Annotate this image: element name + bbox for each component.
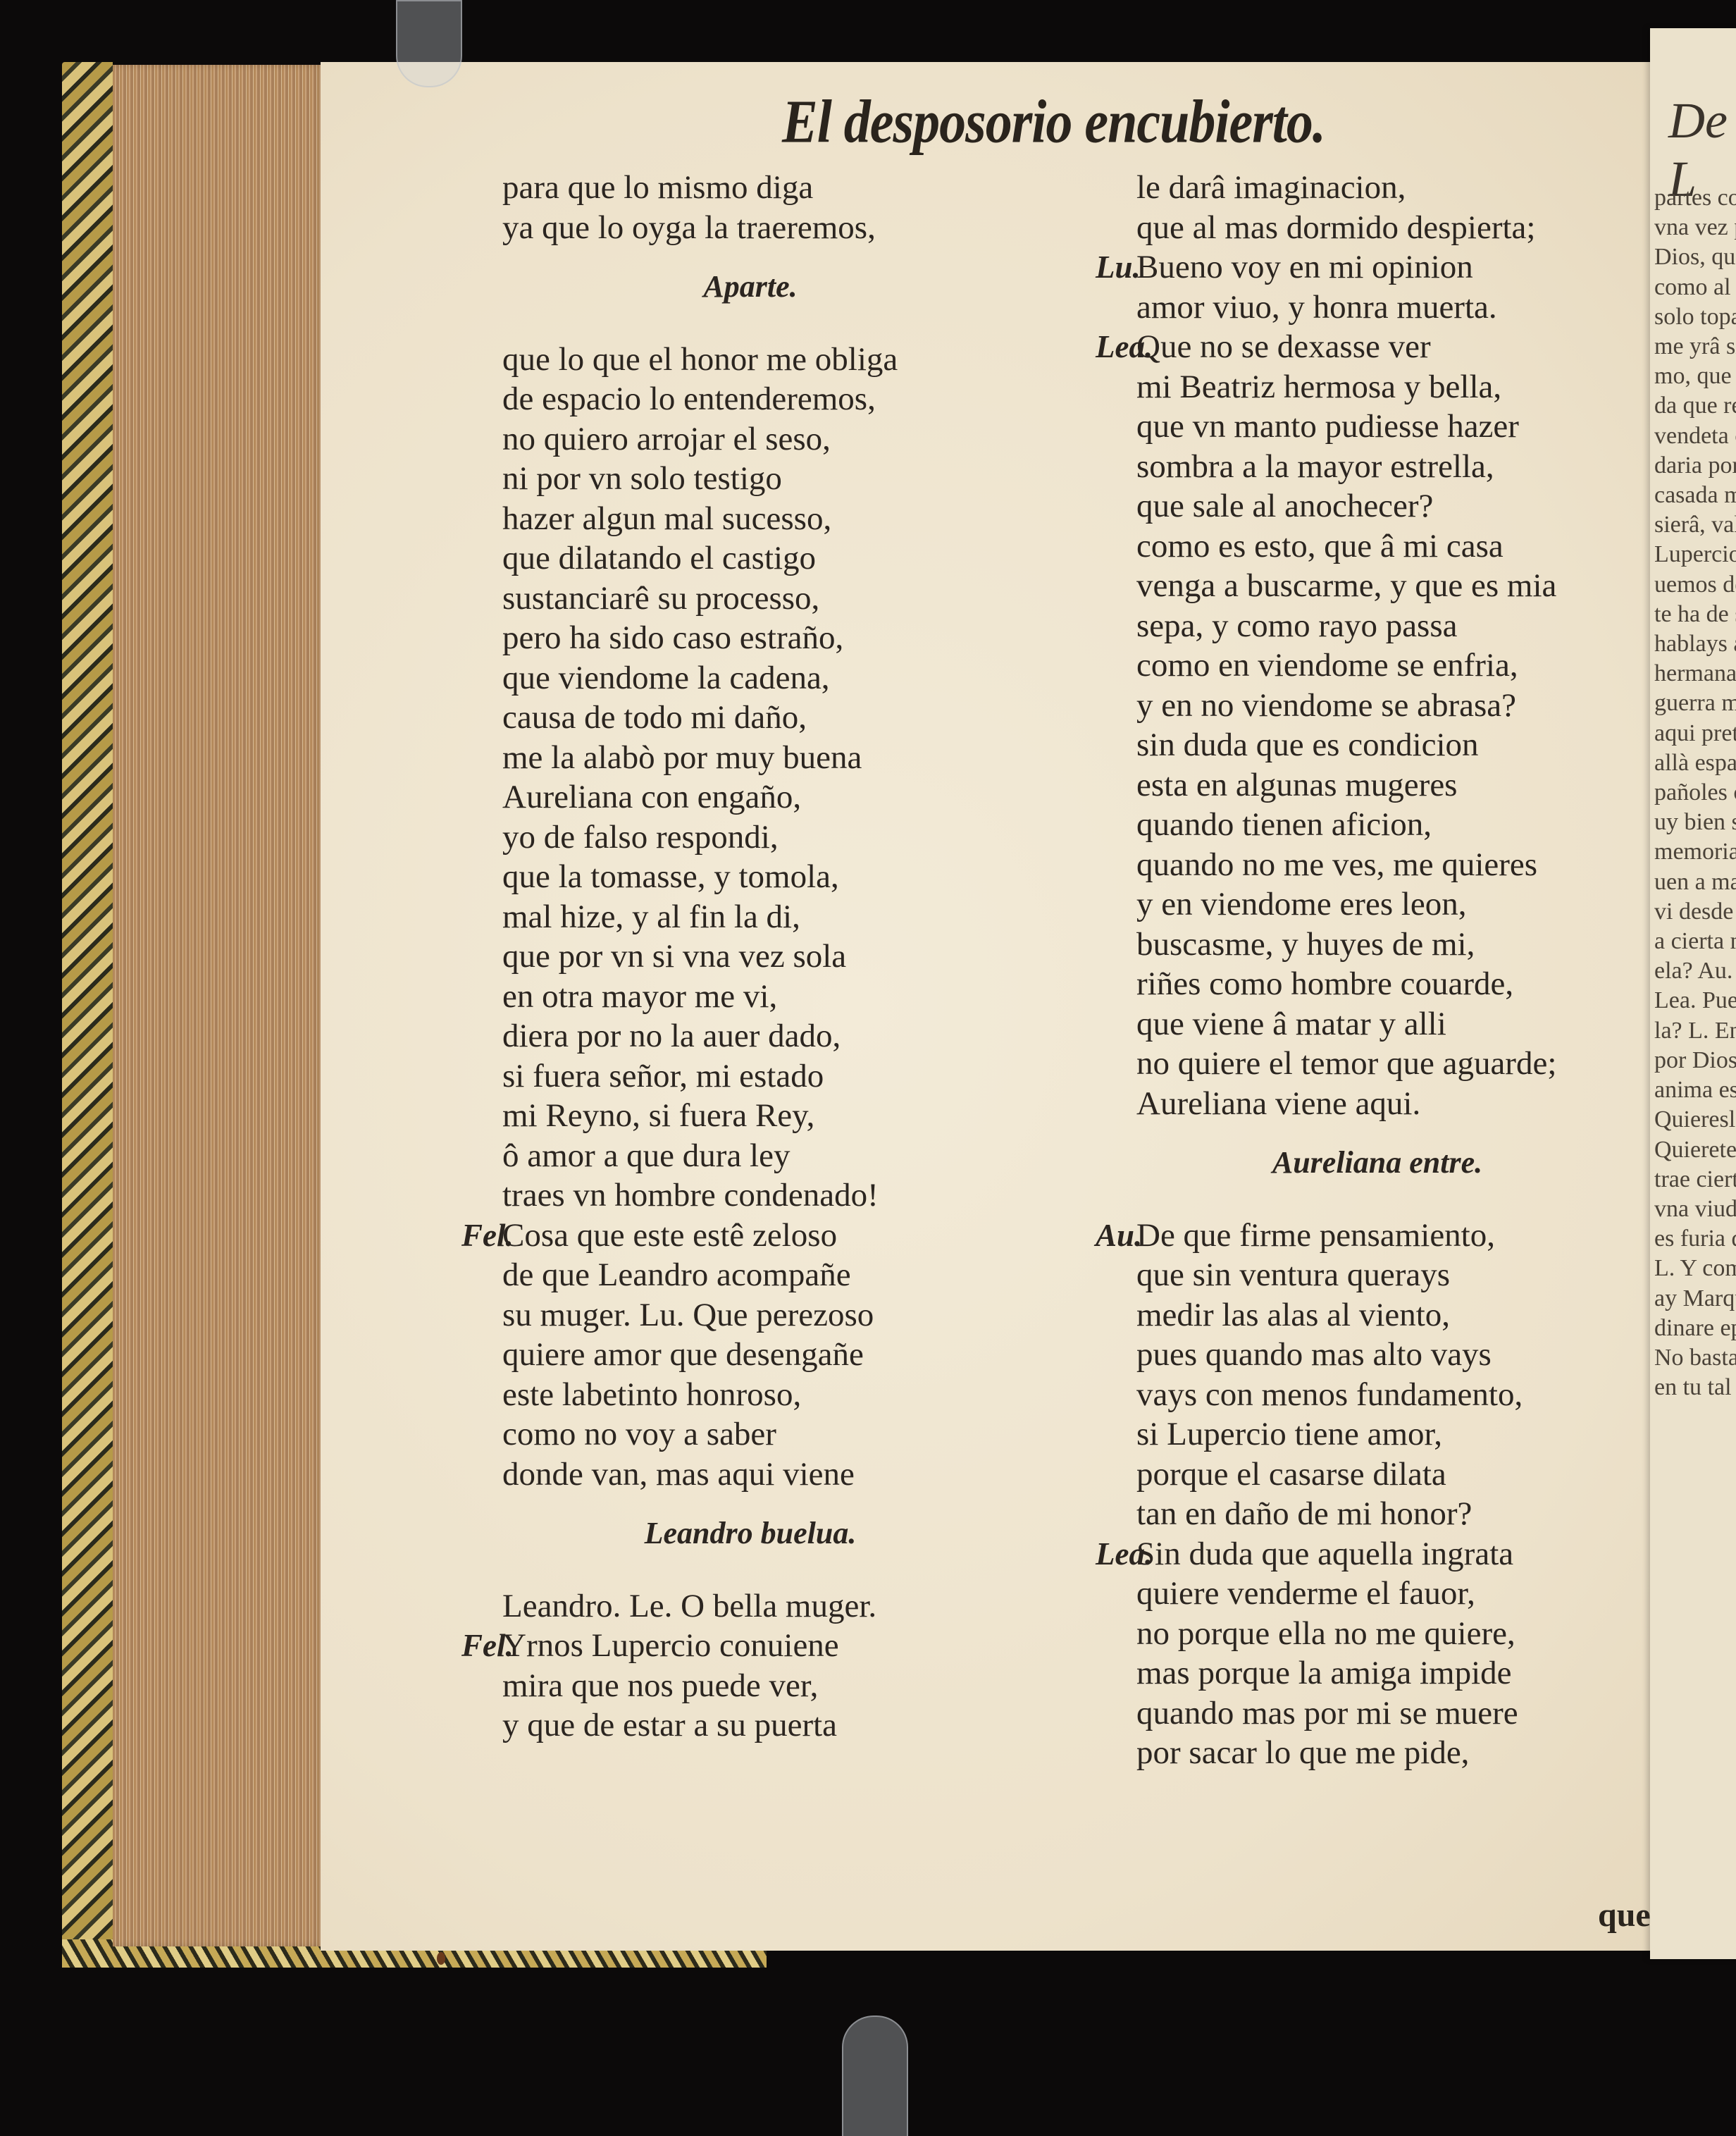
verse-line: no porque ella no me quiere, — [1096, 1614, 1659, 1654]
page-clip-bottom — [842, 2015, 908, 2136]
verse-line: Leandro. Le. O bella muger. — [461, 1586, 1039, 1626]
verse-line: que vn manto pudiesse hazer — [1096, 407, 1659, 447]
verse-text: quando tienen aficion, — [1136, 806, 1432, 843]
facing-page-line: vi desde la v — [1654, 897, 1736, 927]
verse-text: por sacar lo que me pide, — [1136, 1734, 1469, 1771]
verse-text: no porque ella no me quiere, — [1136, 1615, 1515, 1652]
verse-line: Au.De que firme pensamiento, — [1096, 1216, 1659, 1256]
verse-text: y en viendome eres leon, — [1136, 886, 1467, 922]
verse-text: le darâ imaginacion, — [1136, 169, 1406, 206]
facing-page-line: me yrâ sin goz — [1654, 332, 1736, 362]
verse-text: mi Reyno, si fuera Rey, — [502, 1097, 814, 1134]
verse-line: buscasme, y huyes de mi, — [1096, 925, 1659, 965]
verse-line: que al mas dormido despierta; — [1096, 208, 1659, 248]
verse-text: que la tomasse, y tomola, — [502, 858, 839, 895]
verse-line: donde van, mas aqui viene — [461, 1455, 1039, 1495]
stage-direction: Aparte. — [461, 267, 1039, 307]
verse-line: Aureliana con engaño, — [461, 777, 1039, 817]
facing-page-line: ela? Au. Si? — [1654, 956, 1736, 986]
facing-page-line: No basta ser t — [1654, 1343, 1736, 1373]
verse-text: sombra a la mayor estrella, — [1136, 448, 1494, 485]
facing-page-line: sierâ, valame — [1654, 510, 1736, 540]
verse-text: porque el casarse dilata — [1136, 1456, 1446, 1493]
verse-text: tan en daño de mi honor? — [1136, 1495, 1472, 1532]
verse-text: Leandro. Le. O bella muger. — [502, 1588, 876, 1624]
verse-line: y que de estar a su puerta — [461, 1705, 1039, 1746]
verse-text: que viene â matar y alli — [1136, 1006, 1446, 1042]
verse-text: que al mas dormido despierta; — [1136, 209, 1535, 246]
verse-line: Lu.Bueno voy en mi opinion — [1096, 247, 1659, 288]
verse-text: y que de estar a su puerta — [502, 1707, 837, 1743]
verse-line: su muger. Lu. Que perezoso — [461, 1295, 1039, 1335]
verse-line: sombra a la mayor estrella, — [1096, 447, 1659, 487]
facing-page-line: allà espada — [1654, 748, 1736, 778]
speaker-label: Au. — [1096, 1216, 1142, 1256]
verse-text: pero ha sido caso estraño, — [502, 619, 843, 656]
verse-text: esta en algunas mugeres — [1136, 767, 1457, 803]
verse-text: traes vn hombre condenado! — [502, 1177, 879, 1214]
facing-page-line: uen a mal tra — [1654, 868, 1736, 897]
verse-line: por sacar lo que me pide, — [1096, 1733, 1659, 1773]
facing-page-line: casada me ha — [1654, 481, 1736, 510]
verse-text: sin duda que es condicion — [1136, 727, 1479, 763]
verse-text: sustanciarê su processo, — [502, 580, 819, 617]
verse-text: ni por vn solo testigo — [502, 460, 782, 497]
verse-line: mal hize, y al fin la di, — [461, 897, 1039, 937]
page-fore-edges — [113, 65, 324, 1946]
facing-page-line: hablays a se — [1654, 629, 1736, 659]
verse-line: como en viendome se enfria, — [1096, 646, 1659, 686]
verse-line: ni por vn solo testigo — [461, 459, 1039, 499]
facing-page-line: hermana esta — [1654, 659, 1736, 689]
verse-text: diera por no la auer dado, — [502, 1018, 841, 1054]
verse-text: Yrnos Lupercio conuiene — [502, 1627, 839, 1664]
verse-line: que sale al anochecer? — [1096, 486, 1659, 526]
facing-page-line: la? L. En cast — [1654, 1016, 1736, 1046]
verse-text: quiere venderme el fauor, — [1136, 1575, 1475, 1612]
facing-page-line: a cierta mu — [1654, 927, 1736, 956]
verse-text: no quiere el temor que aguarde; — [1136, 1045, 1556, 1082]
verse-line: vays con menos fundamento, — [1096, 1375, 1659, 1415]
verse-line: para que lo mismo diga — [461, 168, 1039, 208]
verse-line: y en viendome eres leon, — [1096, 884, 1659, 925]
verse-text: buscasme, y huyes de mi, — [1136, 926, 1475, 963]
verse-text: que viendome la cadena, — [502, 660, 830, 696]
facing-page-line: en tu tal — [1654, 1373, 1736, 1402]
verse-text: si fuera señor, mi estado — [502, 1058, 824, 1094]
verse-line: pues quando mas alto vays — [1096, 1335, 1659, 1375]
speaker-label: Lea. — [1096, 1534, 1153, 1574]
stage-direction: Leandro buelua. — [461, 1514, 1039, 1554]
verse-text: mi Beatriz hermosa y bella, — [1136, 369, 1501, 405]
verse-text: sepa, y como rayo passa — [1136, 607, 1458, 644]
verse-text: medir las alas al viento, — [1136, 1297, 1450, 1333]
verse-text: pues quando mas alto vays — [1136, 1336, 1492, 1373]
verse-text: De que firme pensamiento, — [1136, 1217, 1495, 1254]
stage-direction: Aureliana entre. — [1096, 1143, 1659, 1183]
verse-line: mi Beatriz hermosa y bella, — [1096, 367, 1659, 407]
verse-line: porque el casarse dilata — [1096, 1455, 1659, 1495]
verse-line: hazer algun mal sucesso, — [461, 499, 1039, 539]
verse-line: quiere amor que desengañe — [461, 1335, 1039, 1375]
verse-line: sepa, y como rayo passa — [1096, 606, 1659, 646]
verse-line: mira que nos puede ver, — [461, 1666, 1039, 1706]
verse-text: mira que nos puede ver, — [502, 1667, 818, 1704]
facing-page-line: uy bien se te — [1654, 808, 1736, 837]
verse-text: su muger. Lu. Que perezoso — [502, 1297, 874, 1333]
verse-line: mas porque la amiga impide — [1096, 1653, 1659, 1693]
running-head: El desposorio encubierto. — [782, 87, 1325, 157]
verse-line: quando no me ves, me quieres — [1096, 845, 1659, 885]
verse-line: sin duda que es condicion — [1096, 725, 1659, 765]
facing-page-line: pañoles cora — [1654, 778, 1736, 808]
verse-line: yo de falso respondi, — [461, 817, 1039, 858]
verse-line: traes vn hombre condenado! — [461, 1175, 1039, 1216]
facing-page-line: partes consi — [1654, 183, 1736, 213]
verse-text: quando mas por mi se muere — [1136, 1695, 1518, 1731]
verse-text: quando no me ves, me quieres — [1136, 846, 1537, 883]
verse-text: amor viuo, y honra muerta. — [1136, 289, 1497, 326]
verse-text: quiere amor que desengañe — [502, 1336, 864, 1373]
verse-text: que dilatando el castigo — [502, 540, 816, 576]
catchword: que — [1598, 1896, 1651, 1934]
facing-page-line: vna viudilla — [1654, 1194, 1736, 1224]
facing-page-line: aqui pretende — [1654, 719, 1736, 748]
verse-text: vays con menos fundamento, — [1136, 1376, 1523, 1413]
speaker-label: Fel. — [461, 1626, 514, 1666]
facing-page-line: vna vez puesto — [1654, 213, 1736, 242]
verse-line: Aureliana viene aqui. — [1096, 1084, 1659, 1124]
facing-page-line: anima esta v — [1654, 1075, 1736, 1105]
verse-text: ô amor a que dura ley — [502, 1137, 790, 1174]
verse-text: como es esto, que â mi casa — [1136, 528, 1503, 564]
verse-text: no quiero arrojar el seso, — [502, 421, 831, 457]
facing-page-line: Quieresla? Le. — [1654, 1105, 1736, 1135]
verse-line: me la alabò por muy buena — [461, 738, 1039, 778]
verse-line: que sin ventura querays — [1096, 1255, 1659, 1295]
facing-page-line: Lupercio es es — [1654, 540, 1736, 569]
facing-page-line: L. Y com — [1654, 1254, 1736, 1283]
verse-line: pero ha sido caso estraño, — [461, 618, 1039, 658]
verse-line: no quiere el temor que aguarde; — [1096, 1044, 1659, 1084]
verse-line: que viendome la cadena, — [461, 658, 1039, 698]
verse-line: que dilatando el castigo — [461, 538, 1039, 579]
facing-page-line: guerra me sa — [1654, 689, 1736, 718]
verse-text: Bueno voy en mi opinion — [1136, 249, 1473, 285]
verse-line: esta en algunas mugeres — [1096, 765, 1659, 805]
verse-text: que vn manto pudiesse hazer — [1136, 408, 1519, 445]
verse-text: de espacio lo entenderemos, — [502, 381, 876, 417]
speaker-label: Lu. — [1096, 247, 1141, 288]
verse-line: si Lupercio tiene amor, — [1096, 1414, 1659, 1455]
facing-page-line: da que reque — [1654, 391, 1736, 421]
verse-line: Fel.Yrnos Lupercio conuiene — [461, 1626, 1039, 1666]
left-verse-column: para que lo mismo digaya que lo oyga la … — [461, 168, 1039, 1746]
verse-line: en otra mayor me vi, — [461, 977, 1039, 1017]
verse-text: para que lo mismo diga — [502, 169, 813, 206]
verse-text: ya que lo oyga la traeremos, — [502, 209, 876, 246]
verse-line: Lea.Sin duda que aquella ingrata — [1096, 1534, 1659, 1574]
verse-text: que por vn si vna vez sola — [502, 938, 846, 975]
foxing-stain — [437, 1952, 445, 1965]
facing-page-line: Dios, que pien — [1654, 242, 1736, 272]
verse-line: le darâ imaginacion, — [1096, 168, 1659, 208]
verse-line: ô amor a que dura ley — [461, 1136, 1039, 1176]
verse-text: en otra mayor me vi, — [502, 978, 777, 1015]
facing-page-line: por Dios A — [1654, 1046, 1736, 1075]
facing-page-line: daria por el — [1654, 451, 1736, 481]
verse-line: como es esto, que â mi casa — [1096, 526, 1659, 567]
facing-page-line: Quierete? Le. — [1654, 1135, 1736, 1165]
verse-line: quiere venderme el fauor, — [1096, 1574, 1659, 1614]
verse-text: Sin duda que aquella ingrata — [1136, 1536, 1513, 1572]
verse-line: mi Reyno, si fuera Rey, — [461, 1096, 1039, 1136]
verse-line: amor viuo, y honra muerta. — [1096, 288, 1659, 328]
verse-line: que la tomasse, y tomola, — [461, 857, 1039, 897]
facing-page-line: te ha de ser m — [1654, 600, 1736, 629]
verse-line: como no voy a saber — [461, 1414, 1039, 1455]
verse-line: que lo que el honor me obliga — [461, 340, 1039, 380]
verse-text: Cosa que este estê zeloso — [502, 1217, 837, 1254]
facing-page-line: memoriales A — [1654, 837, 1736, 867]
verse-text: causa de todo mi daño, — [502, 699, 807, 736]
verse-text: si Lupercio tiene amor, — [1136, 1416, 1442, 1452]
verse-text: Que no se dexasse ver — [1136, 328, 1431, 365]
verse-line: ya que lo oyga la traeremos, — [461, 208, 1039, 248]
verse-text: que sale al anochecer? — [1136, 488, 1433, 524]
verse-text: este labetinto honroso, — [502, 1376, 801, 1413]
verse-line: quando mas por mi se muere — [1096, 1693, 1659, 1734]
verse-text: donde van, mas aqui viene — [502, 1456, 855, 1493]
verse-line: medir las alas al viento, — [1096, 1295, 1659, 1335]
verse-line: sustanciarê su processo, — [461, 579, 1039, 619]
speaker-label: Lea. — [1096, 327, 1153, 367]
page-clip-top — [396, 0, 462, 87]
verse-line: diera por no la auer dado, — [461, 1016, 1039, 1056]
facing-page-line: mo, que si top — [1654, 362, 1736, 391]
verse-text: Aureliana con engaño, — [502, 779, 801, 815]
verse-line: Fel.Cosa que este estê zeloso — [461, 1216, 1039, 1256]
verse-line: este labetinto honroso, — [461, 1375, 1039, 1415]
verse-text: que lo que el honor me obliga — [502, 341, 898, 378]
verse-line: quando tienen aficion, — [1096, 805, 1659, 845]
verse-line: de espacio lo entenderemos, — [461, 379, 1039, 419]
verse-text: que sin ventura querays — [1136, 1257, 1450, 1293]
verse-line: si fuera señor, mi estado — [461, 1056, 1039, 1097]
facing-page-line: uemos de yr l — [1654, 570, 1736, 600]
facing-page-line: es furia de — [1654, 1224, 1736, 1254]
verse-text: hazer algun mal sucesso, — [502, 500, 831, 537]
facing-page-text: partes consivna vez puestoDios, que pien… — [1654, 183, 1736, 1402]
right-verse-column: le darâ imaginacion,que al mas dormido d… — [1096, 168, 1659, 1773]
facing-page-line: dinare epiu — [1654, 1314, 1736, 1343]
verse-text: de que Leandro acompañe — [502, 1257, 851, 1293]
verse-text: riñes como hombre couarde, — [1136, 965, 1513, 1002]
verse-line: riñes como hombre couarde, — [1096, 964, 1659, 1004]
verse-text: Aureliana viene aqui. — [1136, 1085, 1420, 1122]
verse-text: como en viendome se enfria, — [1136, 647, 1518, 684]
facing-page-line: como al Rey — [1654, 273, 1736, 302]
verse-line: que viene â matar y alli — [1096, 1004, 1659, 1044]
facing-page-line: vendeta cruel — [1654, 421, 1736, 451]
verse-text: y en no viendome se abrasa? — [1136, 687, 1516, 724]
verse-text: me la alabò por muy buena — [502, 739, 862, 776]
verse-text: mal hize, y al fin la di, — [502, 899, 800, 935]
verse-text: como no voy a saber — [502, 1416, 776, 1452]
verse-line: que por vn si vna vez sola — [461, 937, 1039, 977]
verse-text: mas porque la amiga impide — [1136, 1655, 1512, 1691]
verse-line: venga a buscarme, y que es mia — [1096, 566, 1659, 606]
verse-text: yo de falso respondi, — [502, 819, 779, 856]
verse-line: y en no viendome se abrasa? — [1096, 686, 1659, 726]
verse-text: venga a buscarme, y que es mia — [1136, 567, 1556, 604]
gilt-binding-edge — [62, 62, 113, 1965]
facing-page-line: solo topa en s — [1654, 302, 1736, 332]
verse-line: tan en daño de mi honor? — [1096, 1494, 1659, 1534]
speaker-label: Fel. — [461, 1216, 514, 1256]
verse-line: de que Leandro acompañe — [461, 1255, 1039, 1295]
facing-page-line: ay Marque — [1654, 1284, 1736, 1314]
verse-line: no quiero arrojar el seso, — [461, 419, 1039, 459]
facing-page-line: trae cierto — [1654, 1165, 1736, 1194]
verse-line: Lea.Que no se dexasse ver — [1096, 327, 1659, 367]
verse-line: causa de todo mi daño, — [461, 698, 1039, 738]
facing-page-line: Lea. Pues e — [1654, 986, 1736, 1015]
